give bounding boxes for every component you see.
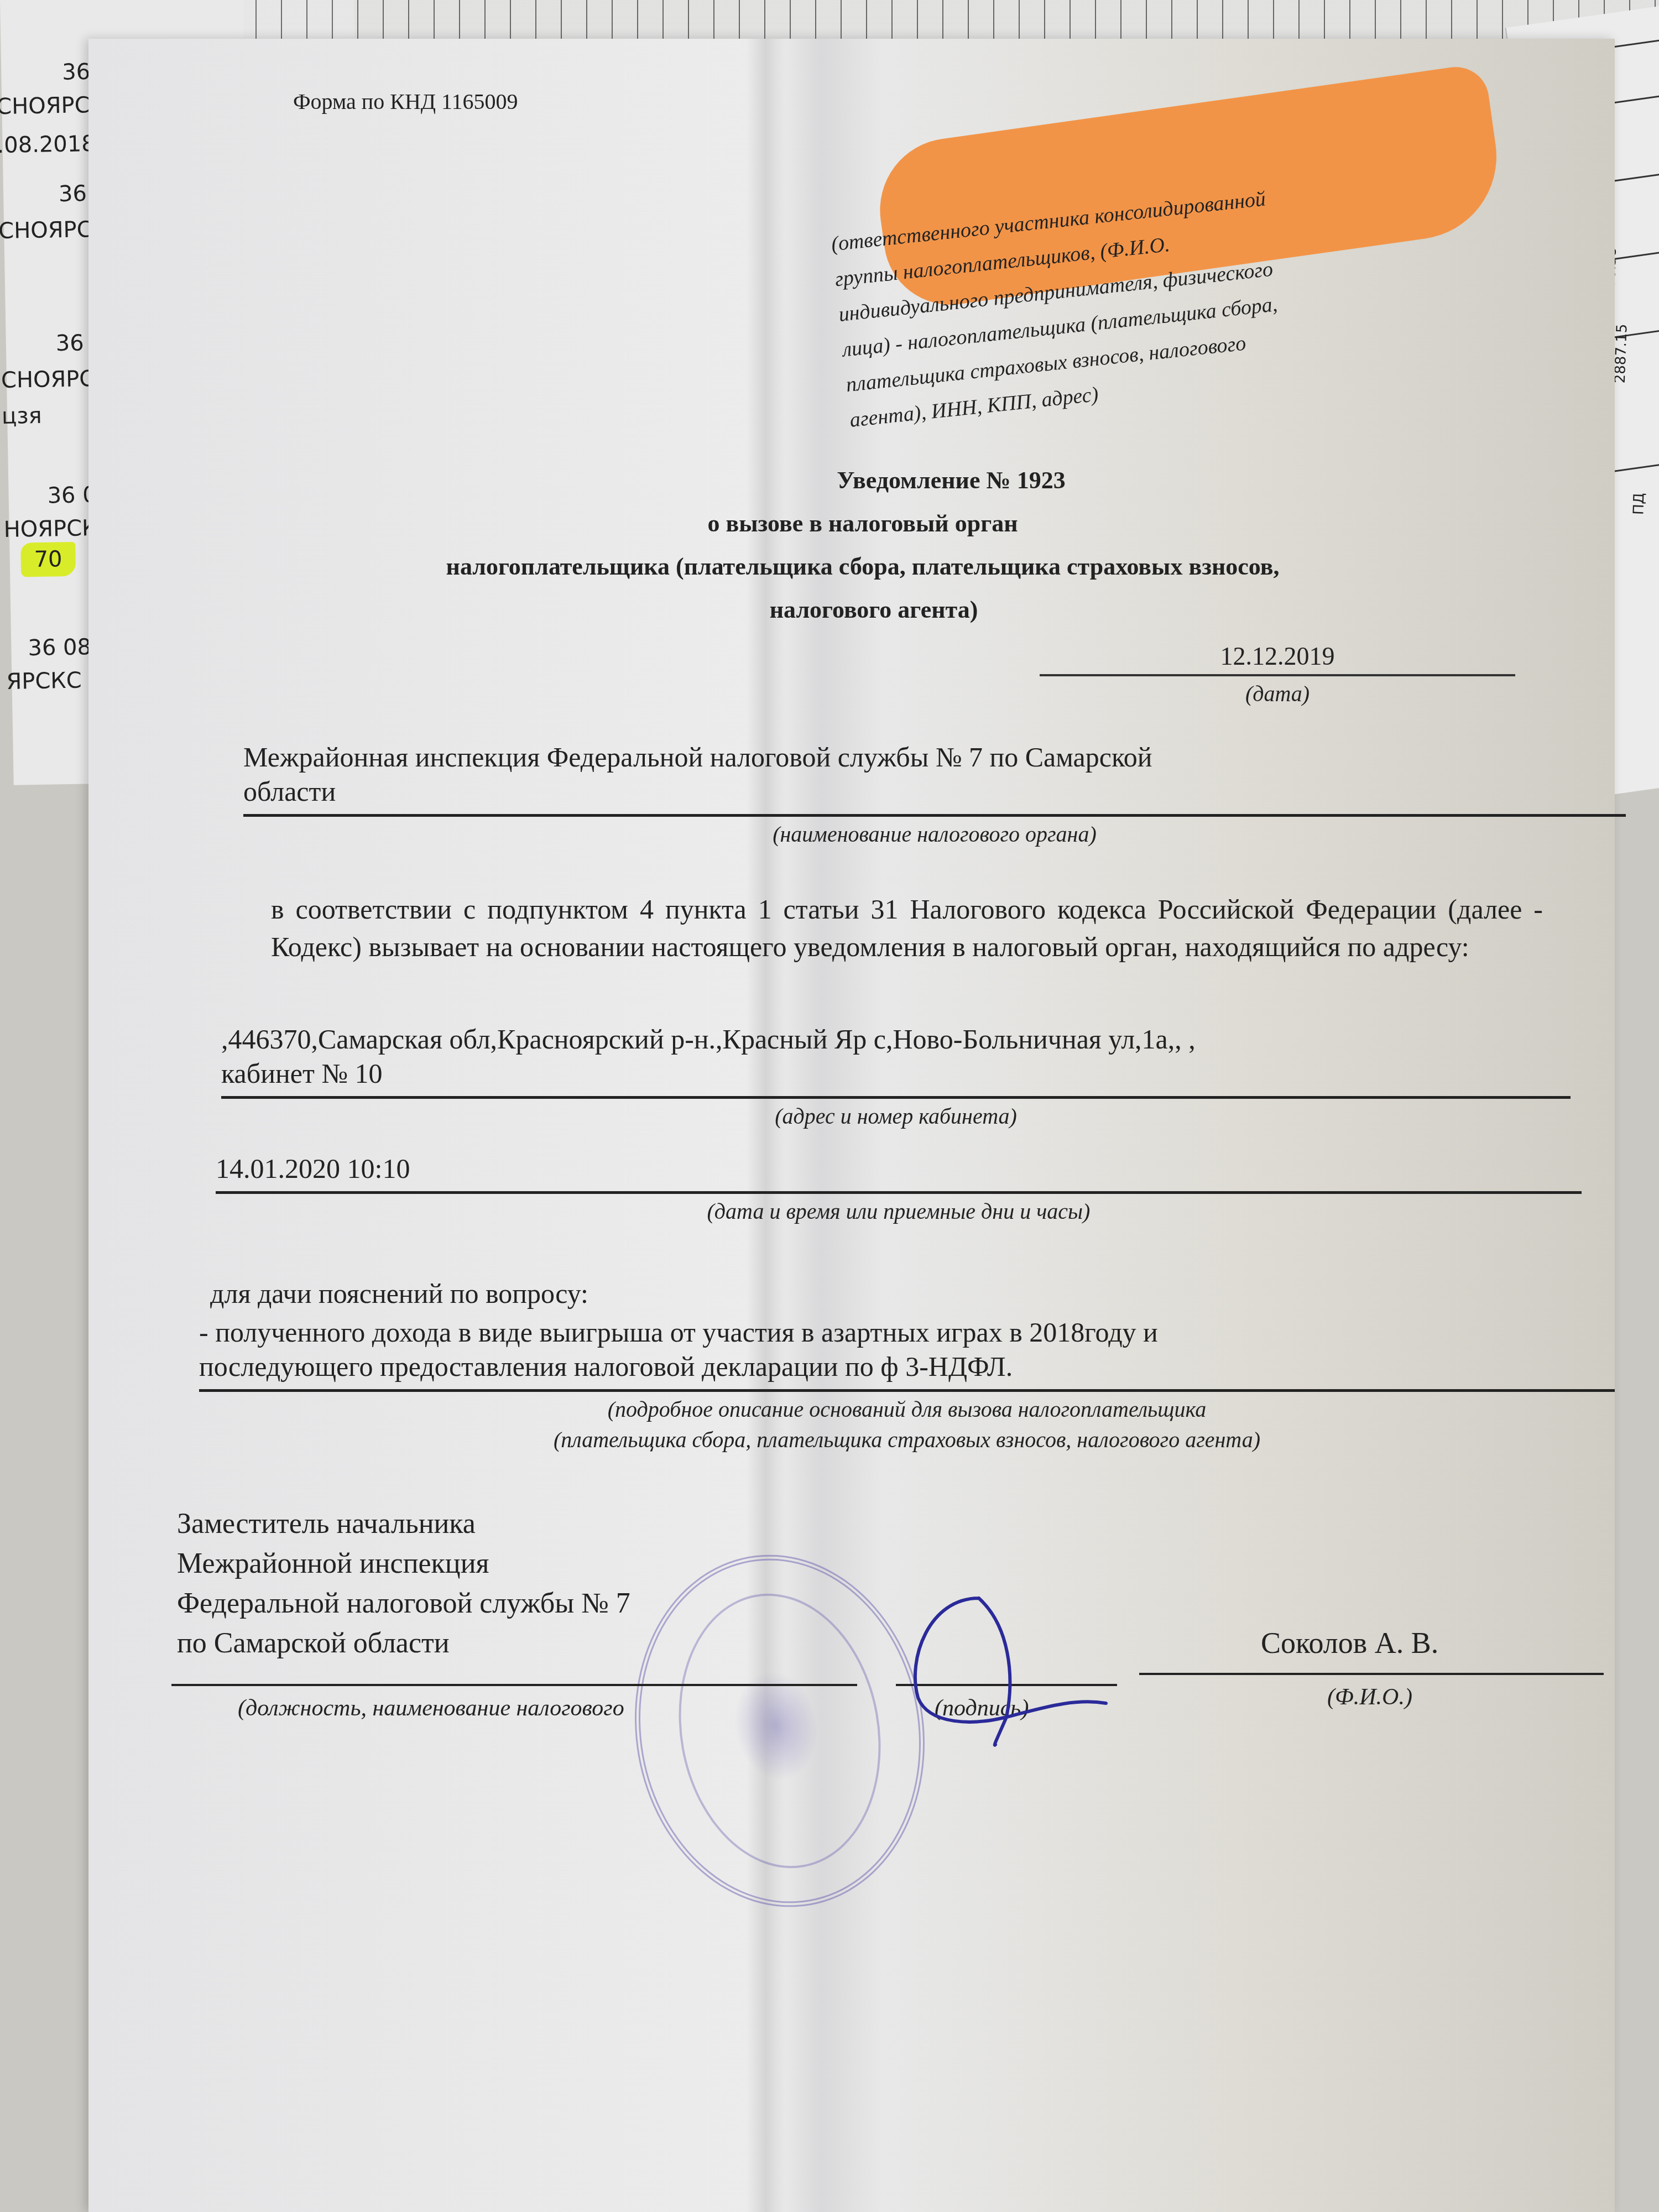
- position-line: по Самарской области: [177, 1624, 630, 1663]
- reason-line: - полученного дохода в виде выигрыша от …: [199, 1316, 1615, 1348]
- table-value: ПД: [1630, 493, 1647, 515]
- tax-authority-caption: (наименование налогового органа): [243, 821, 1626, 847]
- tax-authority-line: области: [243, 773, 1626, 817]
- tax-authority-line: Межрайонная инспекция Федеральной налого…: [243, 741, 1626, 773]
- date-value: 12.12.2019: [1040, 641, 1515, 676]
- name-caption: (Ф.И.О.): [1327, 1684, 1412, 1710]
- tax-authority-field: Межрайонная инспекция Федеральной налого…: [243, 741, 1626, 847]
- address-caption: (адрес и номер кабинета): [221, 1103, 1571, 1129]
- position-line: Федеральной налоговой службы № 7: [177, 1584, 630, 1624]
- reason-line: последующего предоставления налоговой де…: [199, 1348, 1615, 1392]
- reason-caption: (плательщика сбора, плательщика страховы…: [199, 1427, 1615, 1453]
- notice-date: 12.12.2019 (дата): [1040, 641, 1515, 707]
- reason-intro: для дачи пояснений по вопросу:: [210, 1277, 588, 1310]
- legal-basis-paragraph: в соответствии с подпунктом 4 пункта 1 с…: [271, 890, 1543, 966]
- position-caption: (должность, наименование налогового: [238, 1695, 624, 1721]
- reason-caption: (подробное описание оснований для вызова…: [199, 1396, 1615, 1422]
- highlighted-number: 70: [20, 546, 76, 573]
- appointment-value: 14.01.2020 10:10: [216, 1150, 1582, 1194]
- tax-notice-document: Форма по КНД 1165009 (ответственного уча…: [88, 39, 1615, 2212]
- form-code: Форма по КНД 1165009: [293, 88, 518, 114]
- bg-line: .08.2018: [0, 131, 96, 158]
- bg-line: 36 08: [28, 634, 91, 661]
- appointment-field: 14.01.2020 10:10 (дата и время или прием…: [216, 1150, 1582, 1224]
- appointment-caption: (дата и время или приемные дни и часы): [216, 1198, 1582, 1224]
- reason-field: - полученного дохода в виде выигрыша от …: [199, 1316, 1615, 1453]
- title-line: налогоплательщика (плательщика сбора, пл…: [111, 545, 1615, 588]
- position-underline: [171, 1684, 857, 1686]
- signatory-position: Заместитель начальника Межрайонной инспе…: [177, 1504, 630, 1663]
- position-line: Межрайонной инспекция: [177, 1544, 630, 1584]
- name-underline: [1139, 1673, 1604, 1675]
- address-line: кабинет № 10: [221, 1055, 1571, 1099]
- address-line: ,446370,Самарская обл,Красноярский р-н.,…: [221, 1023, 1571, 1055]
- address-field: ,446370,Самарская обл,Красноярский р-н.,…: [221, 1023, 1571, 1129]
- handwritten-signature: [896, 1593, 1117, 1747]
- bg-line: ЯРСКС: [6, 668, 82, 695]
- title-line: о вызове в налоговый орган: [111, 502, 1615, 545]
- signatory-name: Соколов А. В.: [1261, 1626, 1438, 1660]
- date-caption: (дата): [1040, 681, 1515, 707]
- position-line: Заместитель начальника: [177, 1504, 630, 1544]
- title-line: налогового агента): [133, 588, 1615, 632]
- notice-title: Уведомление № 1923 о вызове в налоговый …: [88, 459, 1615, 632]
- title-line: Уведомление № 1923: [288, 459, 1615, 502]
- bg-line: цзя: [2, 403, 42, 429]
